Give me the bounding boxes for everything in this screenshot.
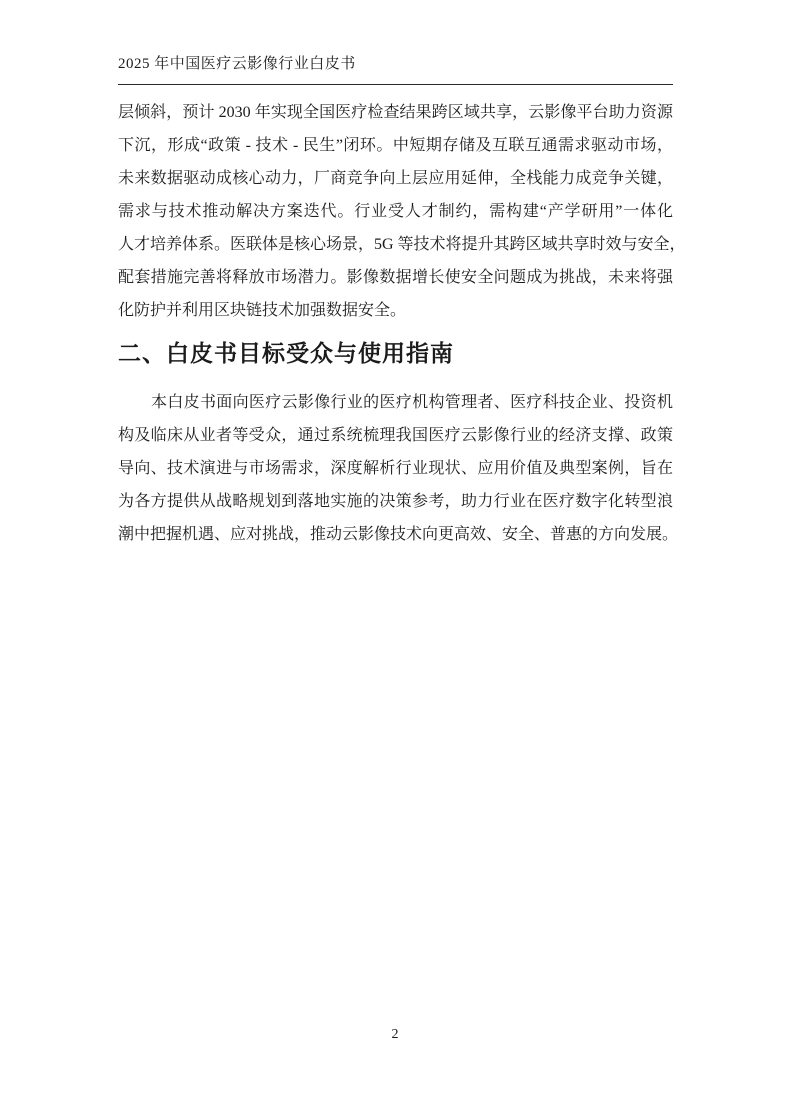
paragraph-line: 化防护并利用区块链技术加强数据安全。 xyxy=(118,294,673,327)
paragraph-line: 未来数据驱动成核心动力，厂商竞争向上层应用延伸，全栈能力成竞争关键， xyxy=(118,162,673,195)
header-divider-rule xyxy=(118,84,673,85)
paragraph-line: 下沉，形成“政策 - 技术 - 民生”闭环。中短期存储及互联互通需求驱动市场， xyxy=(118,129,673,162)
paragraph-line: 配套措施完善将释放市场潜力。影像数据增长使安全问题成为挑战，未来将强 xyxy=(118,261,673,294)
section-heading: 二、白皮书目标受众与使用指南 xyxy=(118,337,673,369)
page-header-title: 2025 年中国医疗云影像行业白皮书 xyxy=(118,54,673,74)
paragraph-line: 需求与技术推动解决方案迭代。行业受人才制约，需构建“产学研用”一体化 xyxy=(118,195,673,228)
paragraph-executive-summary: 层倾斜，预计 2030 年实现全国医疗检查结果跨区域共享，云影像平台助力资源 下… xyxy=(118,96,673,327)
paragraph-audience-guide: 本白皮书面向医疗云影像行业的医疗机构管理者、医疗科技企业、投资机 构及临床从业者… xyxy=(118,386,673,551)
page-number: 2 xyxy=(0,1026,790,1044)
document-page: 2025 年中国医疗云影像行业白皮书 层倾斜，预计 2030 年实现全国医疗检查… xyxy=(0,0,790,1117)
paragraph-line: 为各方提供从战略规划到落地实施的决策参考，助力行业在医疗数字化转型浪 xyxy=(118,485,673,518)
paragraph-line: 构及临床从业者等受众，通过系统梳理我国医疗云影像行业的经济支撑、政策 xyxy=(118,419,673,452)
paragraph-line: 潮中把握机遇、应对挑战，推动云影像技术向更高效、安全、普惠的方向发展。 xyxy=(118,518,673,551)
paragraph-line: 人才培养体系。医联体是核心场景，5G 等技术将提升其跨区域共享时效与安全， xyxy=(118,228,673,261)
paragraph-line: 导向、技术演进与市场需求，深度解析行业现状、应用价值及典型案例，旨在 xyxy=(118,452,673,485)
paragraph-line: 本白皮书面向医疗云影像行业的医疗机构管理者、医疗科技企业、投资机 xyxy=(118,386,673,419)
paragraph-line: 层倾斜，预计 2030 年实现全国医疗检查结果跨区域共享，云影像平台助力资源 xyxy=(118,96,673,129)
